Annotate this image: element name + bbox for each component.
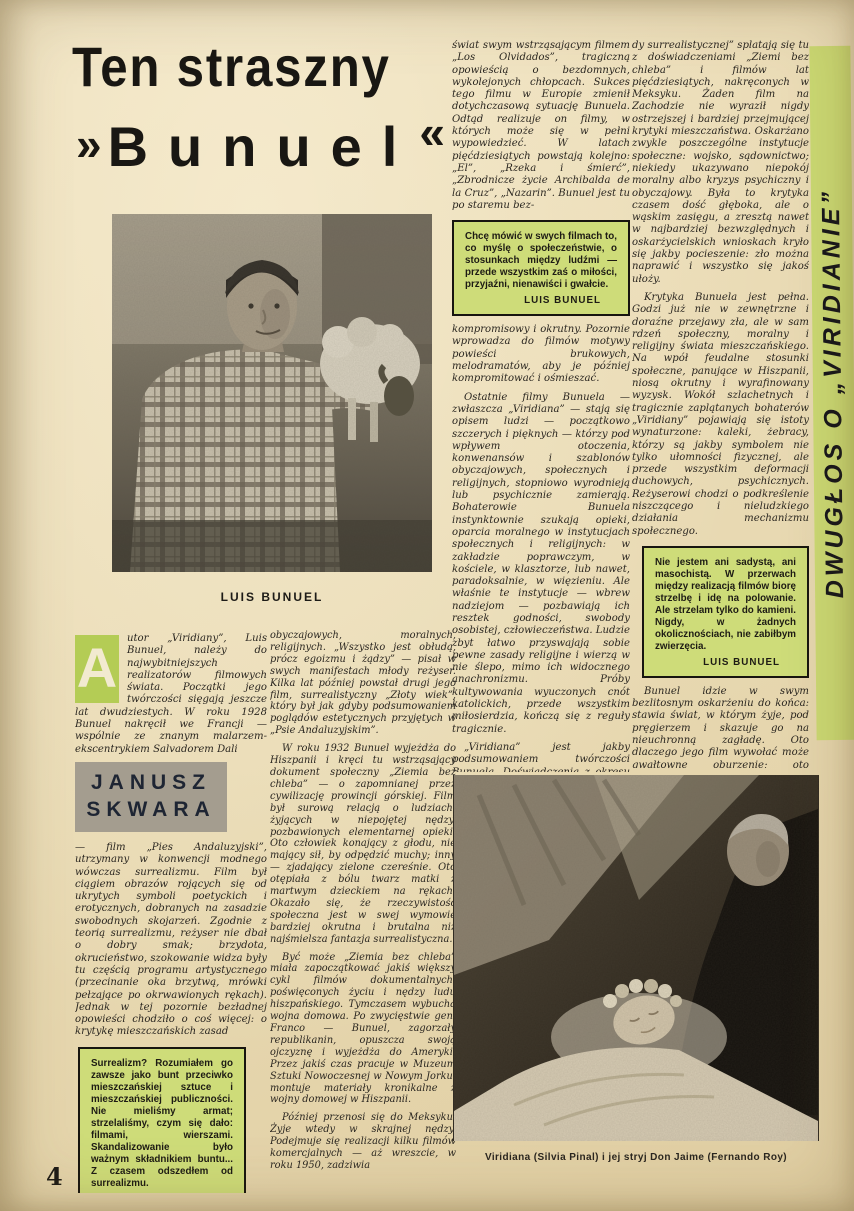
- author-last-name: SKWARA: [86, 798, 215, 822]
- col1-paragraph-2: — film „Pies Andaluzyjski”, utrzymany w …: [75, 842, 267, 1039]
- close-quote-mark: «: [419, 106, 445, 158]
- quote-box-hunting: Nie jestem ani sadystą, ani masochistą. …: [642, 546, 809, 678]
- headline-name: Bunuel: [108, 115, 418, 178]
- quote-box-surrealism: Surrealizm? Rozumiałem go zawsze jako bu…: [78, 1047, 246, 1193]
- headline-line1: Ten straszny: [72, 34, 424, 99]
- dropcap-a: A: [75, 635, 119, 703]
- col4-paragraph-1: dy surrealistycznej” splatają się tu z d…: [632, 40, 809, 286]
- author-first-name: JANUSZ: [91, 771, 211, 795]
- col3-paragraph-3: Ostatnie filmy Bunuela — zwłaszcza „Viri…: [452, 392, 630, 736]
- quote-box-society: Chcę mówić w swych filmach to, co myślę …: [452, 220, 630, 316]
- open-quote-mark: »: [76, 118, 102, 170]
- col2-paragraph-4: Później przenosi się do Meksyku. Żyje wt…: [270, 1112, 456, 1172]
- col2-paragraph-2: W roku 1932 Bunuel wyjeżdża do Hiszpanii…: [270, 743, 456, 945]
- masthead-strip: DWUGŁOS O „VIRIDIANIE”: [809, 46, 854, 740]
- col1-paragraph-1: Autor „Viridiany”, Luis Bunuel, należy d…: [75, 633, 267, 756]
- col3-paragraph-1: świat swym wstrząsającym filmem „Los Olv…: [452, 40, 630, 212]
- column-2: obyczajowych, moralnych, religijnych. „W…: [270, 630, 456, 1198]
- col2-paragraph-3: Być może „Ziemia bez chleba” miała zapoc…: [270, 952, 456, 1107]
- bunuel-portrait-illustration: [112, 214, 432, 572]
- bunuel-portrait-photo: [112, 214, 432, 572]
- quote-1-text: Chcę mówić w swych filmach to, co myślę …: [465, 231, 617, 290]
- headline-line2: »Bunuel«: [72, 105, 472, 179]
- author-name-box: JANUSZ SKWARA: [75, 762, 227, 832]
- column-3: świat swym wstrząsającym filmem „Los Olv…: [452, 40, 630, 772]
- col4-paragraph-2: Krytyka Bunuela jest pełna. Godzi już ni…: [632, 292, 809, 538]
- viridiana-still-illustration: [453, 775, 819, 1141]
- quote-2-attribution: LUIS BUNUEL: [655, 657, 796, 669]
- column-1: Autor „Viridiany”, Luis Bunuel, należy d…: [75, 633, 267, 1193]
- col4-paragraph-3: Bunuel idzie w swym bezlitosnym oskarżen…: [632, 686, 809, 768]
- viridiana-film-still: [453, 775, 819, 1141]
- col2-paragraph-1: obyczajowych, moralnych, religijnych. „W…: [270, 630, 456, 737]
- col3-paragraph-2: kompromisowy i okrutny. Pozornie wprowad…: [452, 324, 630, 385]
- quote-1-attribution: LUIS BUNUEL: [465, 295, 617, 307]
- column-4: dy surrealistycznej” splatają się tu z d…: [632, 40, 809, 768]
- masthead-vertical-text: DWUGŁOS O „VIRIDIANIE”: [817, 188, 850, 599]
- portrait-caption: LUIS BUNUEL: [112, 590, 432, 604]
- quote-2-text: Nie jestem ani sadystą, ani masochistą. …: [655, 557, 796, 652]
- article-headline: Ten straszny »Bunuel«: [72, 34, 472, 179]
- film-still-caption: Viridiana (Silvia Pinal) i jej stryj Don…: [450, 1152, 822, 1163]
- quote-3-text: Surrealizm? Rozumiałem go zawsze jako bu…: [91, 1058, 233, 1189]
- page-number: 4: [46, 1162, 63, 1191]
- col3-paragraph-4: „Viridiana” jest jakby podsumowaniem twó…: [452, 742, 630, 772]
